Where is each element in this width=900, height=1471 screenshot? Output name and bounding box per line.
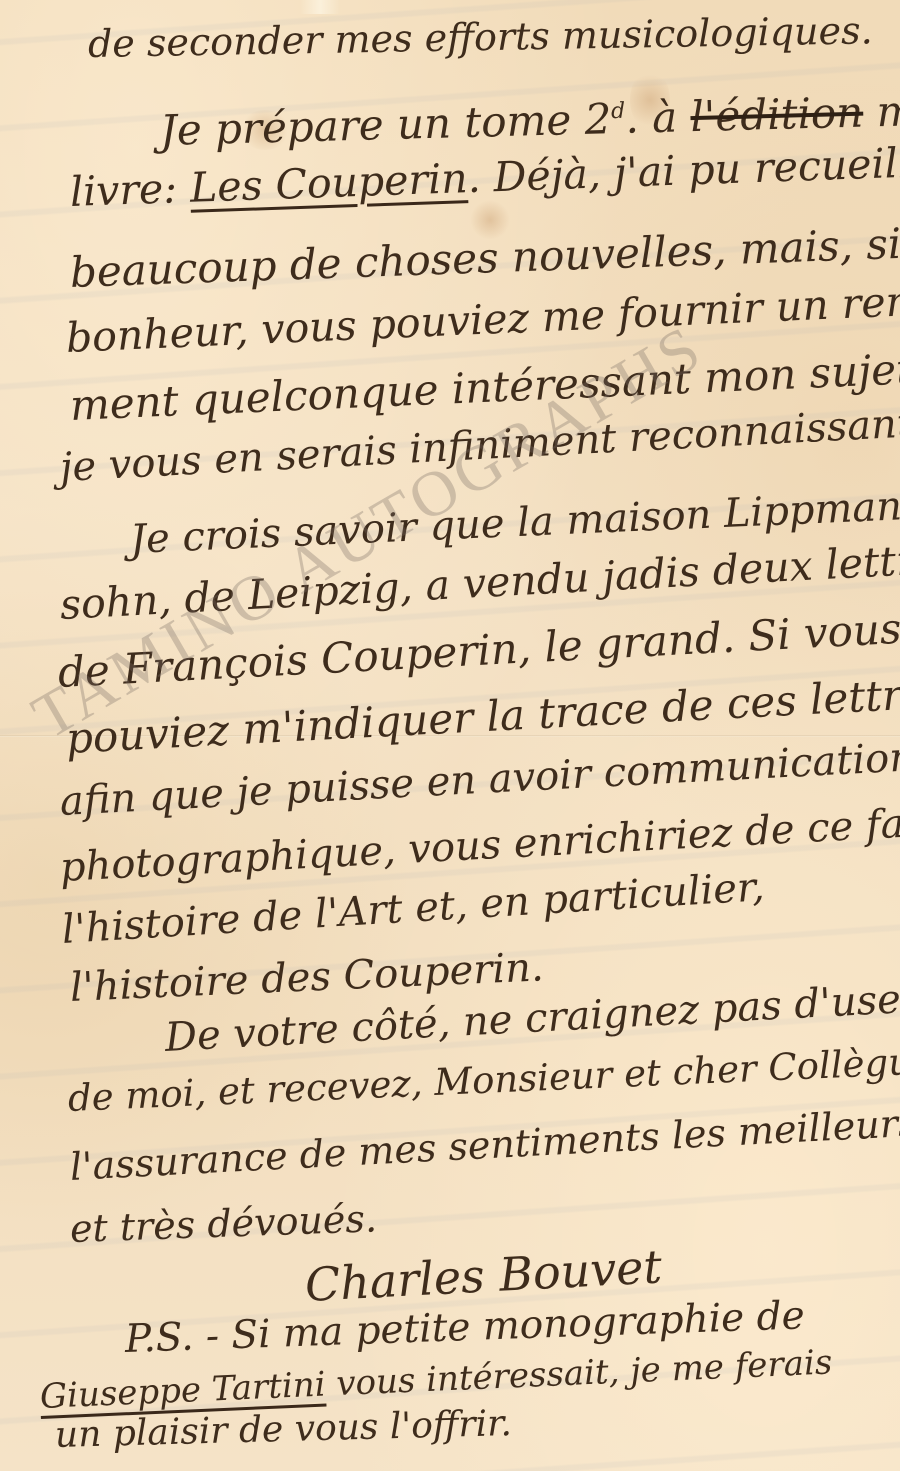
- line-3-end: . Déjà, j'ai pu recueillir: [467, 138, 900, 203]
- book-title-underlined: Les Couperin: [189, 154, 468, 212]
- line-2-end: mon: [863, 85, 900, 137]
- line-3-start: livre:: [69, 164, 191, 216]
- line-2-text: Je prépare un tome 2: [159, 94, 612, 155]
- postscript-line-3: un plaisir de vous l'offrir.: [55, 1406, 513, 1454]
- top-edge-crease: [300, 0, 340, 14]
- line-2-superscript: d: [611, 99, 626, 124]
- letter-line-1: de seconder mes efforts musicologiques.: [88, 11, 873, 63]
- signature: Charles Bouvet: [304, 1243, 663, 1308]
- letter-line-18: l'assurance de mes sentiments les meille…: [69, 1104, 900, 1186]
- letter-line-19: et très dévoués.: [69, 1199, 377, 1248]
- line-2-mid: . à: [625, 92, 691, 143]
- letter-page: de seconder mes efforts musicologiques. …: [0, 0, 900, 1471]
- struck-out-word: l'édition: [690, 88, 864, 142]
